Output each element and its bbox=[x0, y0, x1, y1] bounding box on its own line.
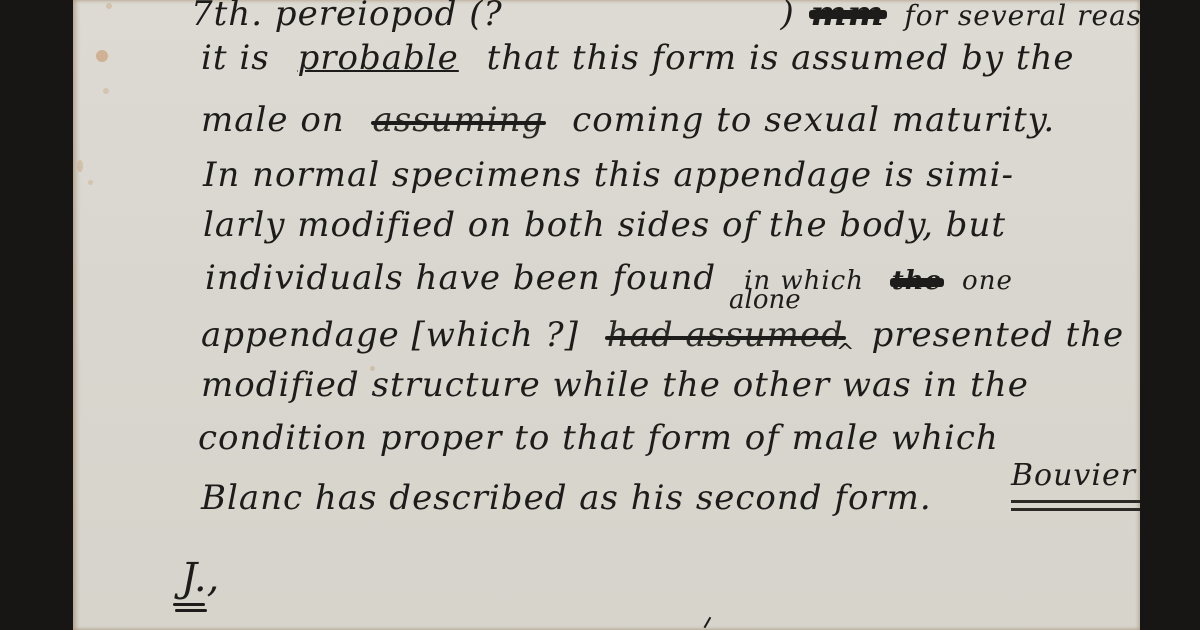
line-text: Blanc has described as his second form. bbox=[201, 478, 932, 518]
struck-text: had assumed bbox=[607, 315, 844, 355]
interlinear-insertion: alone bbox=[729, 285, 801, 315]
document-viewer: 7th. pereiopod (? ) mm for several reaso… bbox=[0, 0, 1200, 630]
manuscript-line-8: modified structure while the other was i… bbox=[201, 365, 1045, 405]
struck-text: mm bbox=[811, 0, 885, 34]
line-text: one bbox=[962, 266, 1013, 296]
struck-text: the bbox=[892, 266, 942, 296]
manuscript-line-4: In normal specimens this appendage is si… bbox=[203, 155, 1030, 195]
line-text: larly modified on both sides of the body… bbox=[203, 205, 1006, 245]
age-spot bbox=[77, 160, 83, 172]
age-spot bbox=[96, 50, 108, 62]
line-text: male on bbox=[201, 100, 345, 140]
age-spot bbox=[88, 180, 93, 185]
line-text: that this form is assumed by the bbox=[487, 38, 1075, 78]
ink-mark bbox=[704, 617, 717, 630]
line-text: appendage [which ?] bbox=[201, 315, 579, 355]
insertion-caret: ^ bbox=[836, 340, 854, 365]
age-spot bbox=[103, 88, 109, 94]
line-text: coming to sexual maturity. bbox=[572, 100, 1055, 140]
manuscript-line-7: appendage [which ?] had assumed presente… bbox=[201, 315, 1140, 355]
manuscript-line-3: male on assuming coming to sexual maturi… bbox=[201, 100, 1071, 140]
line-text: In normal specimens this appendage is si… bbox=[203, 155, 1014, 195]
manuscript-line-10: Blanc has described as his second form. … bbox=[201, 478, 948, 518]
manuscript-line-1: 7th. pereiopod (? ) mm for several reaso… bbox=[191, 0, 1140, 34]
line-text: ) bbox=[781, 0, 795, 34]
manuscript-line-5: larly modified on both sides of the body… bbox=[203, 205, 1022, 245]
manuscript-line-2: it is probable that this form is assumed… bbox=[201, 38, 1091, 78]
author-name-underlined: Bouvier bbox=[1011, 458, 1136, 499]
line-text: it is bbox=[201, 38, 270, 78]
line-text: individuals have been found bbox=[205, 258, 716, 298]
manuscript-line-9: condition proper to that form of male wh… bbox=[198, 418, 1015, 458]
signature: J., bbox=[181, 555, 219, 601]
line-text: probable bbox=[297, 38, 458, 78]
line-text: 7th. pereiopod (? bbox=[191, 0, 503, 34]
line-text: modified structure while the other was i… bbox=[201, 365, 1029, 405]
line-text: condition proper to that form of male wh… bbox=[198, 418, 999, 458]
signature-underline bbox=[173, 603, 205, 606]
line-text: for several reasons bbox=[904, 0, 1140, 32]
manuscript-page: 7th. pereiopod (? ) mm for several reaso… bbox=[73, 0, 1140, 630]
age-spot bbox=[106, 3, 112, 9]
manuscript-line-6: individuals have been found in which the… bbox=[205, 258, 1029, 298]
struck-text: assuming bbox=[373, 100, 545, 140]
line-text: presented the bbox=[872, 315, 1125, 355]
